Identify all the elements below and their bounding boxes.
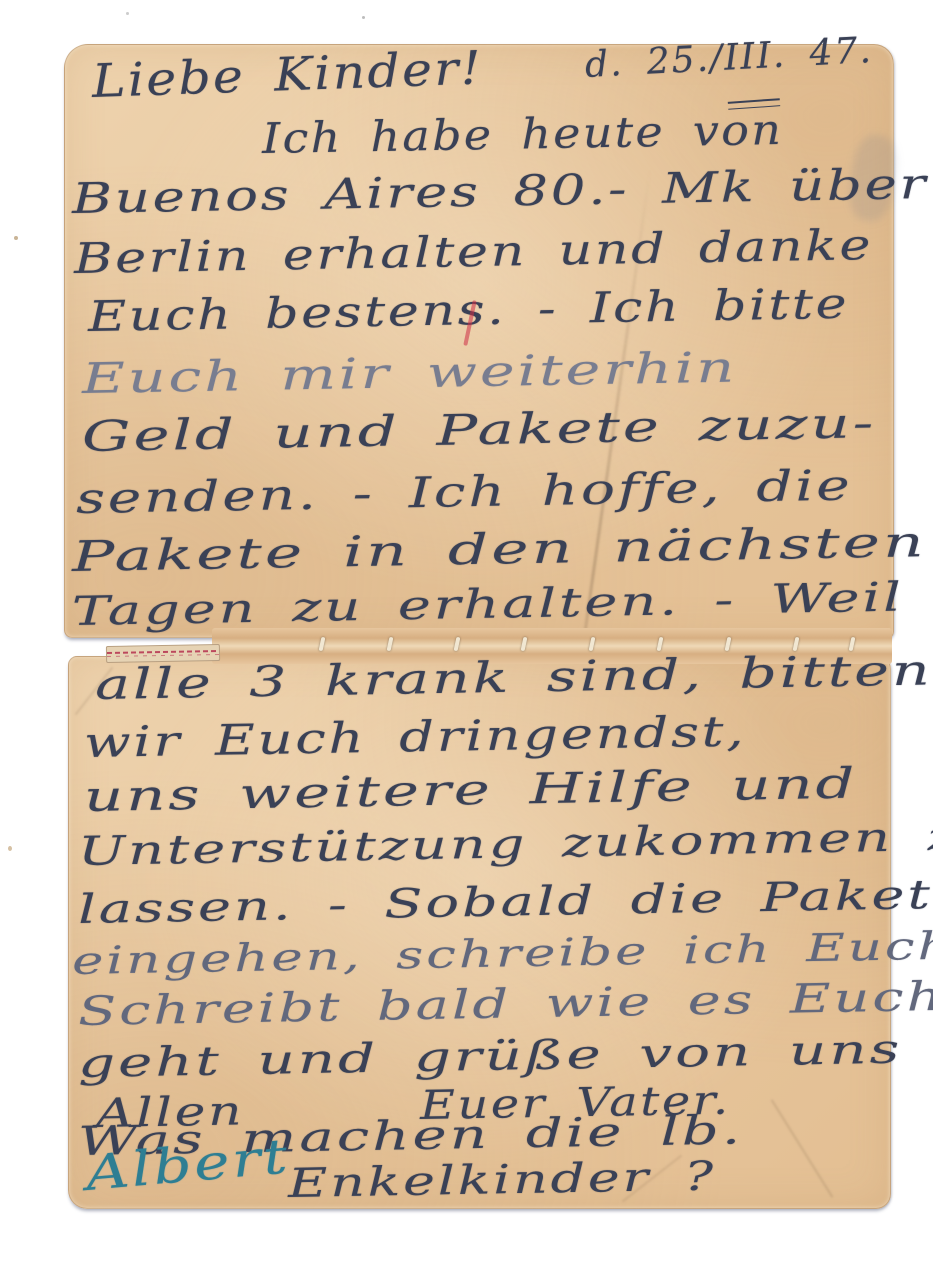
stitch-mark	[521, 637, 528, 652]
scan-dust-speck	[126, 12, 129, 15]
stitch-mark	[589, 637, 596, 652]
stitch-mark	[387, 637, 394, 652]
scan-dust-speck	[14, 236, 18, 240]
stitch-mark	[319, 637, 326, 652]
scan-dust-speck	[8, 846, 12, 851]
handwriting-line: Ich habe heute von	[262, 109, 784, 160]
scan-dust-speck	[362, 16, 365, 19]
stitch-mark	[454, 637, 461, 652]
paper-crease	[771, 1099, 834, 1198]
handwriting-line: Liebe Kinder!	[91, 44, 484, 104]
scanned-letter-page: Liebe Kinder!d. 25./III. 47.Ich habe heu…	[0, 0, 933, 1273]
handwriting-line: wir Euch dringendst,	[84, 710, 747, 764]
handwriting-line: Enkelkinder ?	[288, 1157, 717, 1204]
handwriting-line: Euch mir weiterhin	[82, 347, 738, 400]
